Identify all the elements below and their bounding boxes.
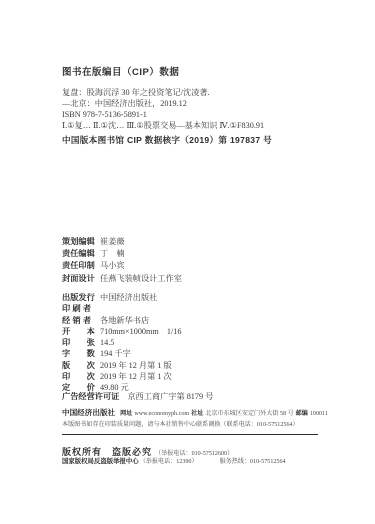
ad-license-line: 广告经营许可证京西工商广字第 8179 号 [62,391,213,402]
zip-label: 邮编 [296,410,308,417]
cip-isbn-line: ISBN 978-7-5136-5891-1 [62,109,339,120]
editor-row: 责任印制马小宾 [62,260,182,272]
publication-label: 经 销 者 [62,315,100,326]
copyright-page: 图书在版编目（CIP）数据 复盘：股海沉浮 30 年之投资笔记/沈凌著. —北京… [0,0,375,524]
publication-row: 印 刷 者 [62,303,182,314]
cip-publisher-line: —北京：中国经济出版社，2019.12 [62,98,339,109]
publication-value: 2019 年 12 月第 1 版 [100,361,172,370]
publication-value: 中国经济出版社 [100,293,157,302]
editor-name: 崔姜薇 [100,237,125,246]
editor-row: 策划编辑崔姜薇 [62,236,182,248]
quality-notice-line: 本版图书如存在印装质量问题，请与本社销售中心联系调换（联系电话：010-5751… [62,419,299,428]
editor-row: 封面设计任燕飞装帧设计工作室 [62,273,182,285]
publication-label: 印 刷 者 [62,303,100,314]
piracy-report-line: 国家版权局反盗版举报中心（举报电话：12390）服务热线：010-5751256… [62,456,286,465]
divider-rule [62,434,318,435]
publication-row: 版 次2019 年 12 月第 1 版 [62,360,182,371]
address-value: 北京市东城区安定门外大街 58 号 [205,411,293,417]
publication-value: 2019 年 12 月第 1 次 [100,372,172,381]
publication-label: 开 本 [62,326,100,337]
ad-license-number: 京西工商广字第 8179 号 [127,392,213,401]
cip-title: 图书在版编目（CIP）数据 [62,64,339,78]
address-label: 社址 [191,410,203,417]
cip-book-title-line: 复盘：股海沉浮 30 年之投资笔记/沈凌著. [62,87,339,98]
ad-license-label: 广告经营许可证 [62,391,119,402]
cip-registration-line: 中国版本图书馆 CIP 数据核字（2019）第 197837 号 [62,134,339,146]
cip-classification-line: Ⅰ.①复… Ⅱ.①沈… Ⅲ.①股票交易—基本知识 Ⅳ.①F830.91 [62,120,339,131]
publication-label: 印 张 [62,337,100,348]
publication-row: 字 数194 千字 [62,348,182,359]
publication-row: 经 销 者各地新华书店 [62,315,182,326]
editor-name: 任燕飞装帧设计工作室 [100,274,182,283]
report-center-phone: （举报电话：12390） [140,459,198,465]
editor-role-label: 责任印制 [62,260,100,272]
zip-value: 100011 [310,411,328,417]
publication-label: 出版发行 [62,292,100,303]
editor-role-label: 策划编辑 [62,236,100,248]
publisher-contact-line: 中国经济出版社网址www.economyph.com社址北京市东城区安定门外大街… [62,407,361,418]
publication-value: 710mm×1000mm 1/16 [100,327,182,336]
publication-row: 印 张14.5 [62,337,182,348]
publisher-name: 中国经济出版社 [62,408,115,417]
service-hotline: 服务热线：010-57512564 [220,459,286,465]
publication-value: 194 千字 [100,349,131,358]
editors-block: 策划编辑崔姜薇 责任编辑丁 楠 责任印制马小宾 封面设计任燕飞装帧设计工作室 [62,236,182,285]
editor-name: 马小宾 [100,261,125,270]
editor-role-label: 责任编辑 [62,248,100,260]
editor-row: 责任编辑丁 楠 [62,248,182,260]
publication-row: 开 本710mm×1000mm 1/16 [62,326,182,337]
report-center-name: 国家版权局反盗版举报中心 [62,458,139,465]
publication-block: 出版发行中国经济出版社 印 刷 者 经 销 者各地新华书店 开 本710mm×1… [62,292,182,394]
publication-value: 14.5 [100,338,114,347]
publication-row: 出版发行中国经济出版社 [62,292,182,303]
cip-block: 图书在版编目（CIP）数据 复盘：股海沉浮 30 年之投资笔记/沈凌著. —北京… [62,64,339,146]
publication-label: 版 次 [62,360,100,371]
publication-value: 各地新华书店 [100,316,149,325]
website-url: www.economyph.com [134,411,189,417]
editor-name: 丁 楠 [100,249,125,258]
website-label: 网址 [120,410,132,417]
publication-label: 字 数 [62,348,100,359]
publication-label: 印 次 [62,371,100,382]
editor-role-label: 封面设计 [62,273,100,285]
publication-row: 印 次2019 年 12 月第 1 次 [62,371,182,382]
